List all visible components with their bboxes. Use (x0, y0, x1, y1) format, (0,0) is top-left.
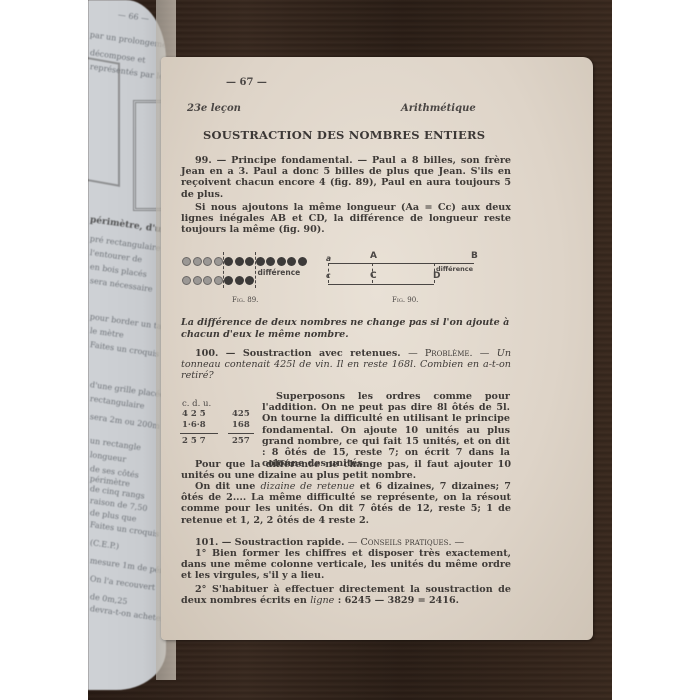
left-page-text: par un prolongement (89, 30, 166, 51)
section-100-heading: 100. — Soustraction avec retenues. (195, 348, 401, 359)
chapter-title: SOUSTRACTION DES NOMBRES ENTIERS (203, 128, 485, 142)
section-100-paragraph-2: Pour que la différence ne change pas, il… (181, 459, 511, 481)
text: On dit une (195, 481, 260, 492)
left-page-text: l'entourer de (89, 248, 142, 264)
fig90-label-A: A (370, 251, 377, 261)
fig90-caption: Fig. 90. (392, 296, 418, 304)
left-page-text: On l'a recouvert (89, 574, 155, 592)
section-99-paragraph-2: Si nous ajoutons la même longueur (Aa = … (181, 202, 511, 236)
emphasis: ligne (310, 595, 334, 606)
left-page-text: le mètre (89, 326, 124, 340)
left-page-text: sera 2m ou 200m (89, 412, 160, 431)
fig89-difference-label: différence (258, 268, 301, 277)
rule-statement: La différence de deux nombres ne change … (181, 317, 511, 340)
section-100: 100. — Soustraction avec retenues. — Pro… (181, 348, 511, 382)
marble-dark (245, 257, 254, 266)
marble-grey (214, 257, 223, 266)
left-page-text: devra-t-on acheter (89, 604, 165, 623)
section-101-point-2: 2° S'habituer à effectuer directement la… (181, 584, 511, 606)
section-99-heading: 99. — Principe fondamental. (195, 155, 353, 166)
left-page-text: rectangulaire (89, 394, 145, 411)
calc-right-bar (228, 433, 254, 434)
left-figure-pattern (88, 57, 120, 187)
marble-grey (203, 276, 212, 285)
section-100-explanation: Superposons les ordres comme pour l'addi… (262, 391, 510, 469)
marble-dark (235, 257, 244, 266)
left-page-text: Faites un croquis (89, 340, 159, 359)
dashed-separator (255, 252, 256, 288)
calc-left-minuend: 4 2 5 (182, 409, 206, 419)
line-cD (328, 284, 434, 285)
fig90-label-C: C (370, 271, 377, 281)
marble-dark (245, 276, 254, 285)
marble-grey (214, 276, 223, 285)
marble-dark (266, 257, 275, 266)
section-101-point-1: 1° Bien former les chiffres et disposer … (181, 548, 511, 582)
subject-header: Arithmétique (401, 103, 476, 114)
marble-grey (193, 276, 202, 285)
emphasis: dizaine de retenue (260, 481, 354, 492)
fig90-label-B: B (471, 251, 478, 261)
calc-left-subtrahend: 1·6·8 (182, 420, 206, 430)
section-100-tag: — Problème. — (408, 348, 489, 359)
marble-dark (235, 276, 244, 285)
calc-right-minuend: 425 (232, 409, 250, 419)
section-100-paragraph-3: On dit une dizaine de retenue et 6 dizai… (181, 481, 511, 526)
line-aB (328, 263, 474, 264)
text: : 6245 — 3829 = 2416. (334, 595, 459, 606)
marble-dark (224, 257, 233, 266)
section-101: 101. — Soustraction rapide. — Conseils p… (181, 537, 511, 548)
figure-90: a A B différence c C D Fig. 90. (326, 254, 486, 304)
fig90-label-a: a (326, 254, 331, 263)
left-page-text: un rectangle (89, 436, 141, 452)
fig90-label-c: c (326, 271, 330, 280)
calc-right-result: 257 (232, 436, 250, 446)
marble-grey (203, 257, 212, 266)
marble-dark (256, 257, 265, 266)
left-page-number: — 66 — (117, 10, 149, 23)
fig90-difference-label: différence (436, 265, 473, 273)
left-page-text: Faites un croquis (89, 520, 159, 539)
marble-dark (298, 257, 307, 266)
page-number: — 67 — (226, 77, 267, 88)
dashed-separator (223, 252, 224, 288)
marble-grey (193, 257, 202, 266)
column-headers: c. d. u. (182, 399, 211, 409)
left-page-text: longueur (89, 450, 126, 464)
figure-89: différenceFig. 89. (182, 254, 322, 304)
left-page-text: (C.E.P.) (89, 538, 119, 551)
calc-left-bar (180, 433, 218, 434)
marble-dark (277, 257, 286, 266)
marble-dark (287, 257, 296, 266)
marble-dark (224, 276, 233, 285)
section-101-tag: — Conseils pratiques. — (348, 537, 464, 548)
calc-left-result: 2 5 7 (182, 436, 206, 446)
section-101-heading: 101. — Soustraction rapide. (195, 537, 344, 548)
fig89-caption: Fig. 89. (232, 296, 258, 304)
left-page: — 66 — par un prolongement décompose et … (88, 0, 166, 690)
marble-grey (182, 257, 191, 266)
fig90-label-D: D (433, 271, 440, 281)
lesson-header: 23e leçon (187, 103, 241, 114)
section-99: 99. — Principe fondamental. — Paul a 8 b… (181, 155, 511, 200)
calc-right-subtrahend: 168 (232, 420, 250, 430)
marble-grey (182, 276, 191, 285)
